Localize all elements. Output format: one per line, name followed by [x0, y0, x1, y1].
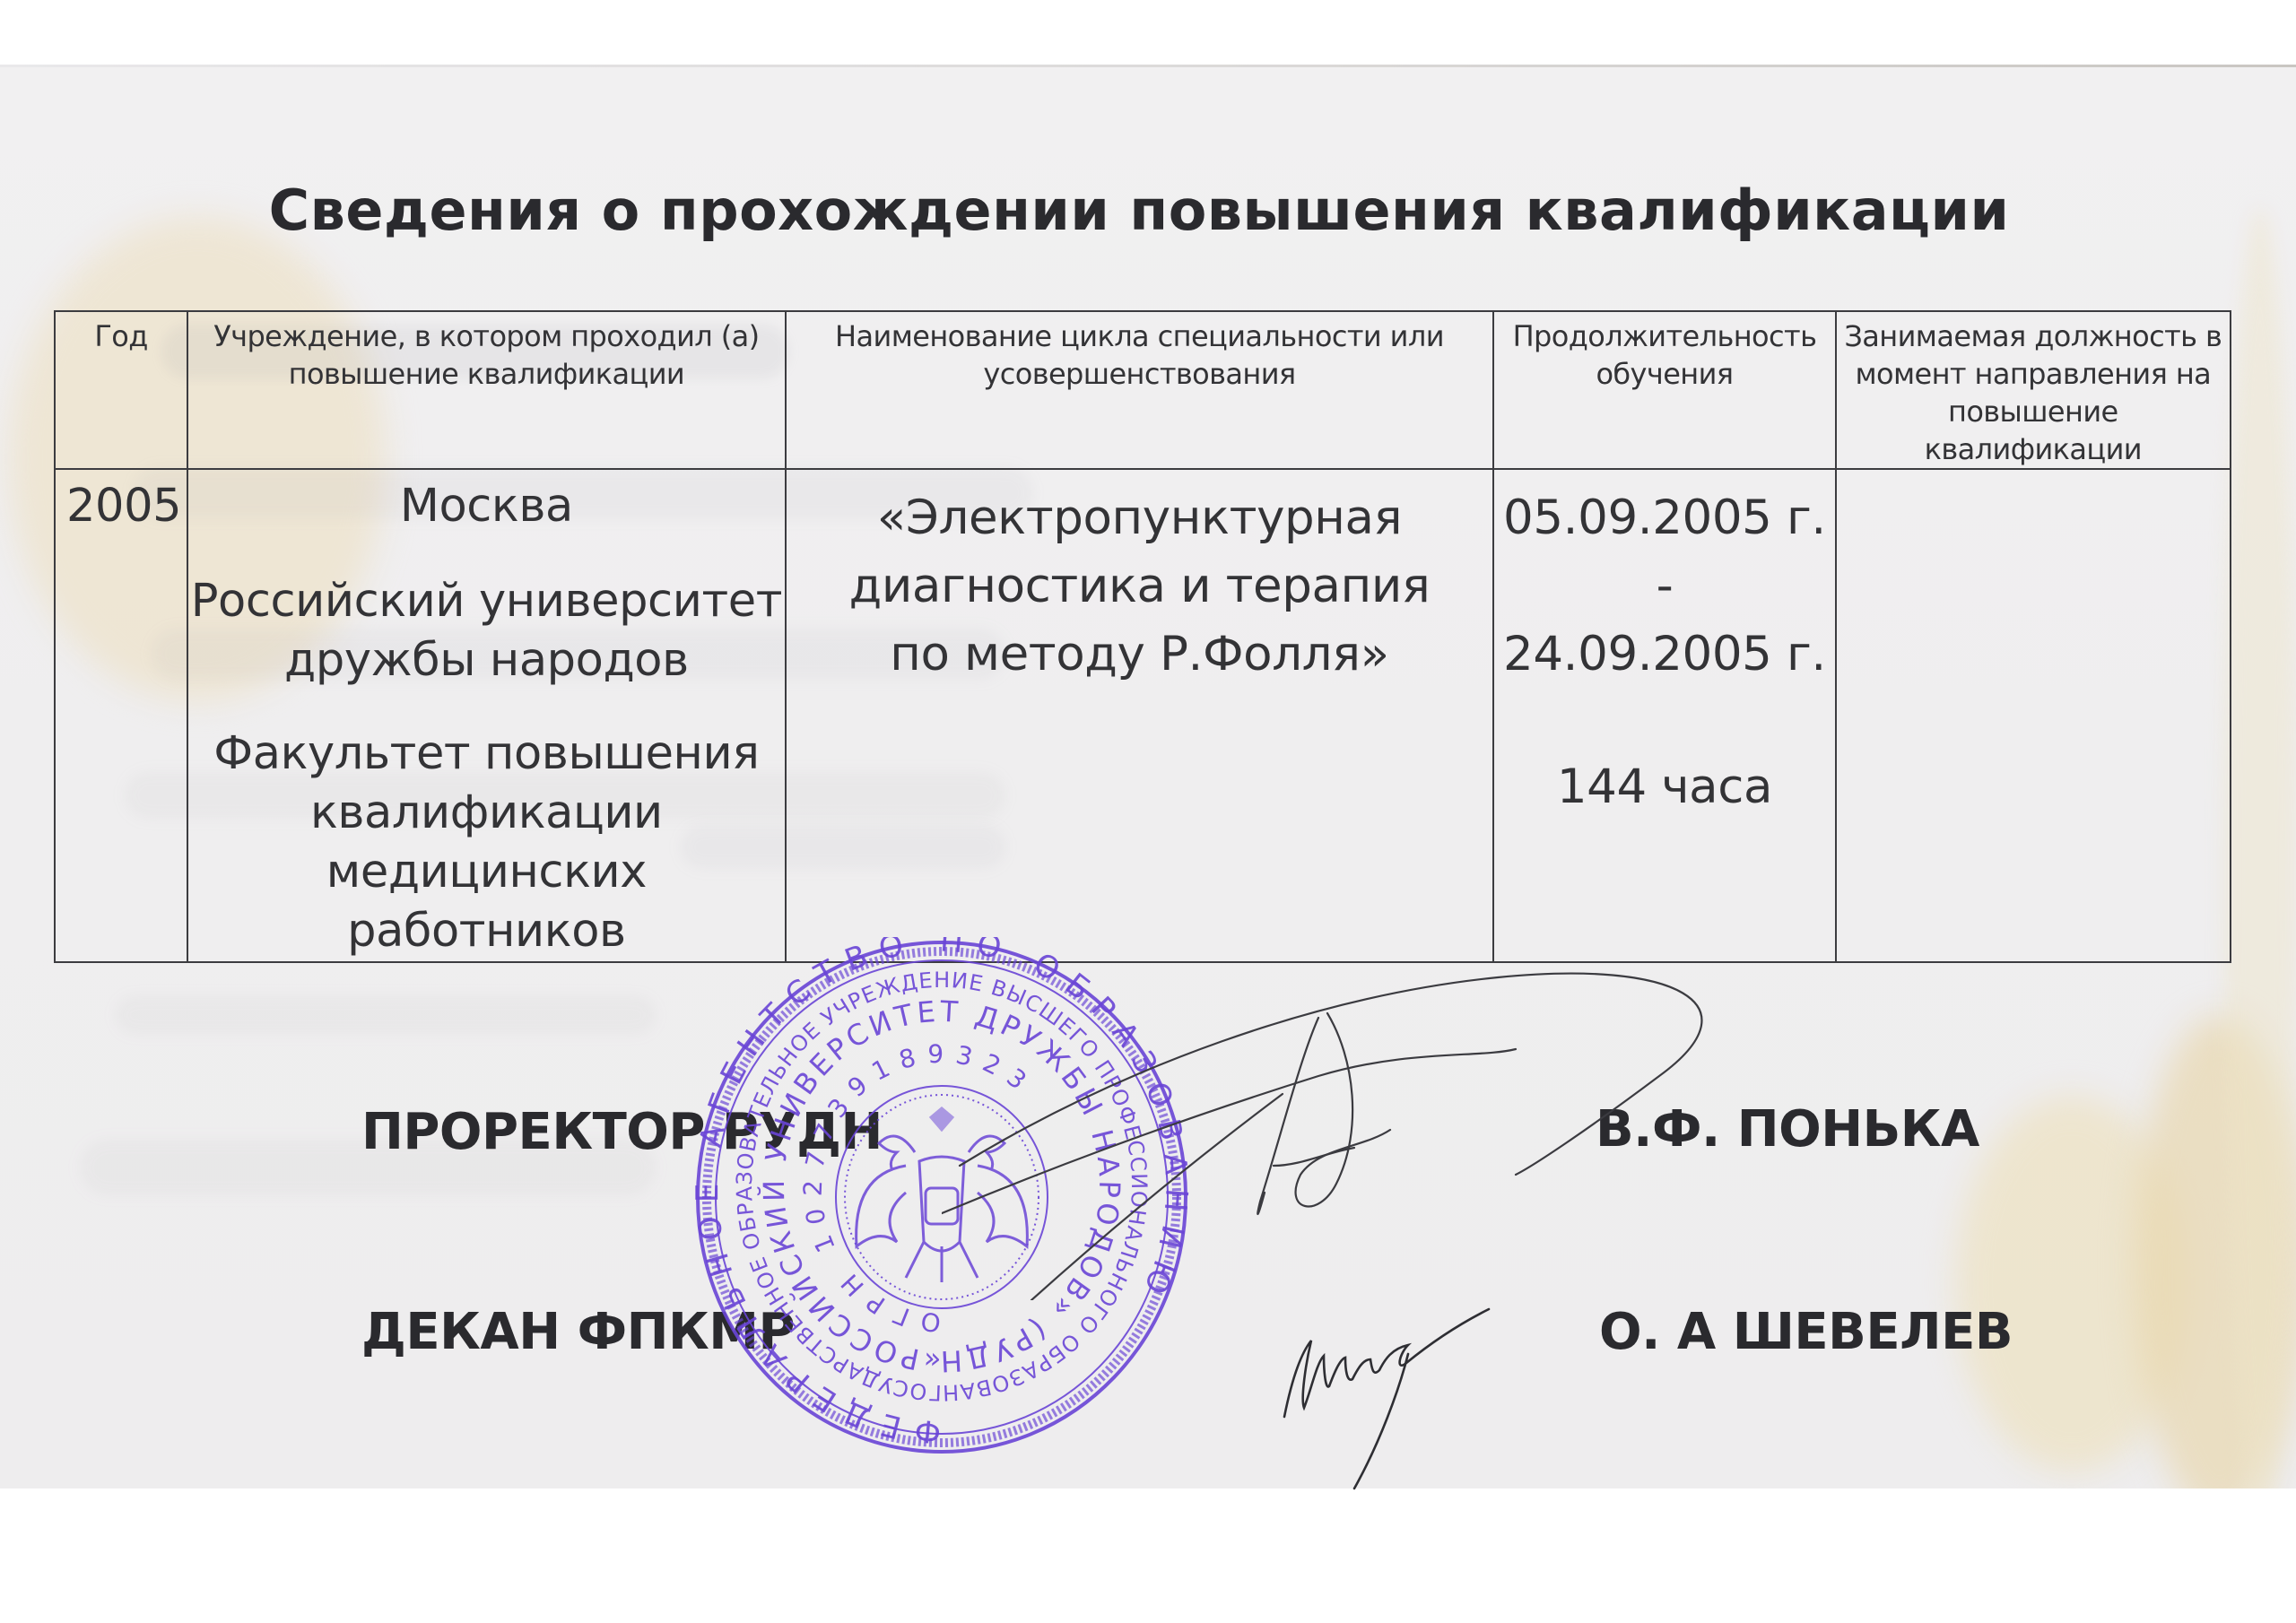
bleed-through-mark	[117, 997, 655, 1033]
header-line: повышение квалификации	[188, 355, 785, 393]
duration-start: 05.09.2005 г.	[1494, 484, 1834, 552]
text-line: «Электропунктурная	[787, 484, 1493, 552]
text-line: диагностика и терапия	[787, 552, 1493, 621]
header-line: Год	[56, 317, 187, 355]
cell-year: 2005	[55, 469, 187, 962]
text-line: квалификации	[188, 784, 785, 843]
institution-city: Москва	[188, 477, 785, 536]
institution-university: Российский университет дружбы народов	[188, 572, 785, 690]
cell-duration: 05.09.2005 г. - 24.09.2005 г. 144 часа	[1493, 469, 1835, 962]
header-line: Учреждение, в котором проходил (а)	[188, 317, 785, 355]
header-duration: Продолжительность обучения	[1493, 311, 1835, 469]
header-line: обучения	[1494, 355, 1834, 393]
header-year: Год	[55, 311, 187, 469]
header-institution: Учреждение, в котором проходил (а) повыш…	[187, 311, 786, 469]
header-line: момент направления на	[1837, 355, 2230, 393]
duration-hours: 144 часа	[1494, 753, 1834, 821]
text-line: дружбы народов	[188, 631, 785, 690]
text-line: Российский университет	[188, 572, 785, 631]
cell-cycle: «Электропунктурная диагностика и терапия…	[786, 469, 1494, 962]
header-position: Занимаемая должность в момент направлени…	[1836, 311, 2231, 469]
signatory-name-dean: О. А ШЕВЕЛЕВ	[1599, 1303, 2013, 1361]
text-line: Факультет повышения	[188, 725, 785, 784]
duration-separator: -	[1494, 552, 1834, 621]
page-title: Сведения о прохождении повышения квалифи…	[0, 178, 2287, 243]
header-line: Занимаемая должность в	[1837, 317, 2230, 355]
table-row: 2005 Москва Российский университет дружб…	[55, 469, 2231, 962]
signature-dean	[1274, 1300, 1561, 1497]
qualification-table: Год Учреждение, в котором проходил (а) п…	[54, 310, 2231, 963]
duration-end: 24.09.2005 г.	[1494, 621, 1834, 689]
signature-prorector	[942, 924, 1749, 1300]
paper-edge	[0, 65, 2296, 67]
header-line: Наименование цикла специальности или	[787, 317, 1493, 355]
text-line: по методу Р.Фолля»	[787, 621, 1493, 689]
institution-faculty: Факультет повышения квалификации медицин…	[188, 725, 785, 961]
cell-institution: Москва Российский университет дружбы нар…	[187, 469, 786, 962]
table-header-row: Год Учреждение, в котором проходил (а) п…	[55, 311, 2231, 469]
header-line: Продолжительность	[1494, 317, 1834, 355]
header-line: усовершенствования	[787, 355, 1493, 393]
header-line: повышение квалификации	[1837, 393, 2230, 468]
header-cycle: Наименование цикла специальности или усо…	[786, 311, 1494, 469]
cell-position	[1836, 469, 2231, 962]
paper-stain	[2224, 208, 2296, 1488]
